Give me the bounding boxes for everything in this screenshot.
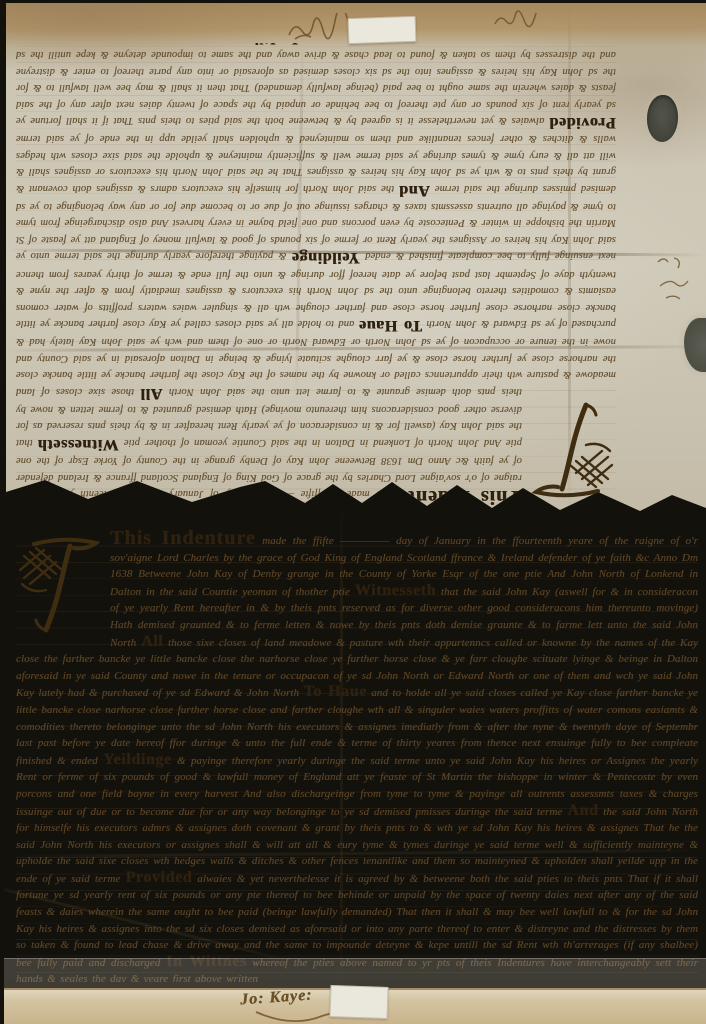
clause-initial-word: Witnesseth (38, 436, 119, 453)
punch-hole (647, 95, 678, 142)
clause-text: alwaies & yet neverthelesse it is agreed… (16, 873, 698, 969)
decorated-initial-T (532, 401, 616, 501)
indenture-body-text: This Indenture made the ffifte ————— day… (16, 530, 698, 982)
clause-text: alwaies & yet neverthelesse it is agreed… (16, 43, 616, 126)
ink-blot (684, 318, 706, 372)
clause-initial-word: To Haue (359, 317, 422, 334)
clause-initial-word: And (399, 182, 430, 199)
clause-initial-word: All (141, 633, 163, 650)
archive-sticker (348, 16, 417, 44)
endorsement-scribble-left (285, 13, 353, 43)
indenture-clause: Provided alwaies & yet neverthelesse it … (16, 873, 698, 969)
photo-stage: This Indenture made the ffifte ————— day… (0, 0, 706, 1024)
clause-initial-word: Provided (125, 869, 192, 886)
paper-tab (329, 985, 388, 1019)
clause-initial-word: In Wittnes (218, 43, 298, 47)
upper-document-text: This Indenture made the ffifte ————— day… (16, 43, 616, 505)
clause-initial-word: Witnesseth (355, 582, 436, 599)
endorsement-scribble-right (492, 8, 540, 32)
indenture-body-text: This Indenture made the ffifte ————— day… (16, 43, 616, 505)
clause-initial-word: This Indenture (110, 530, 256, 549)
upper-indenture-counterpart: This Indenture made the ffifte ————— day… (6, 3, 706, 513)
lower-document-text: This Indenture made the ffifte ————— day… (16, 530, 698, 982)
lower-indenture: This Indenture made the ffifte ————— day… (4, 490, 706, 1024)
clause-initial-word: Yeildinge (103, 751, 172, 768)
clause-initial-word: All (140, 385, 162, 402)
clause-initial-word: This Indenture (376, 486, 522, 505)
clause-initial-word: And (567, 802, 598, 819)
margin-annotation (652, 252, 696, 306)
decorated-initial-T (16, 534, 100, 634)
indenture-clause: Provided alwaies & yet neverthelesse it … (16, 43, 616, 126)
clause-initial-word: To Haue (303, 683, 366, 700)
clause-initial-word: Yeildinge (292, 249, 361, 266)
clause-initial-word: Provided (549, 114, 616, 131)
